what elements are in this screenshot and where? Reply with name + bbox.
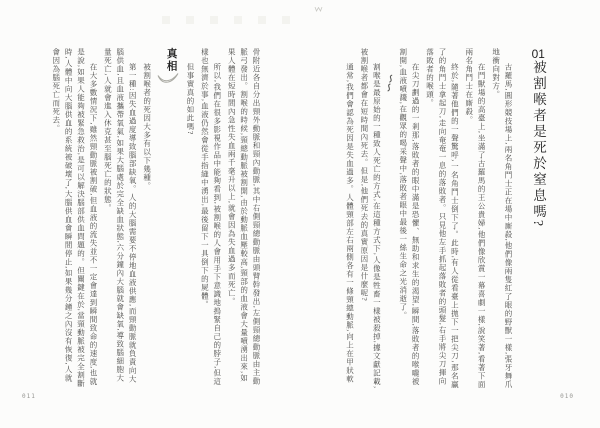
paragraph: 通常,我們會認為死因是失血過多。人體頸部左右兩側各有一條頸總動脈,向上在甲狀軟 <box>343 48 355 390</box>
page-number-right: 010 <box>560 393 574 400</box>
paragraph: 被割喉者的死因大多有以下幾種。 <box>140 48 152 390</box>
page-left-body: 骨附近各自分出頸外動脈和頸內動脈,其中右側頸總動脈由頭臂幹發出,左側頸總動脈由主… <box>26 48 262 390</box>
paragraph-continuation: 骨附近各自分出頸外動脈和頸內動脈,其中右側頸總動脈由頭臂幹發出,左側頸總動脈由主… <box>225 48 262 390</box>
faint-print-mark <box>234 16 242 24</box>
chapter-title: 01​被割喉者是死於窒息嗎? <box>527 48 549 390</box>
page-right-body: 01​被割喉者是死於窒息嗎? 古羅馬,圓形競技場上,兩名角鬥士正在場中廝殺,他們… <box>308 48 558 390</box>
chapter-title-text: 被割喉者是死於窒息嗎? <box>531 60 546 229</box>
heading-flourish-icon <box>157 72 179 85</box>
gutter-scuff-mark <box>314 0 323 18</box>
faint-print-mark <box>282 16 290 24</box>
paragraph: 所以,我們在很多影視作品中能夠看到,被割喉的人會用手下意識地摀緊自己的脖子,但這… <box>198 48 223 390</box>
truth-section-heading: 真相 <box>165 48 178 390</box>
section-divider-squiggle <box>385 48 394 390</box>
faint-print-mark <box>210 16 218 24</box>
paragraph: 在大多數情況下,雖然頸動脈被割破,但血液的流失並不一定會達到瞬間致命的速度,也就… <box>49 48 99 390</box>
paragraph: 第一種:因失血過度導致腦部缺氧。人的大腦需要不停地血液供應,而頸動脈就負責向大腦… <box>101 48 138 390</box>
paragraph: 古羅馬,圓形競技場上,兩名角鬥士正在場中廝殺,他們像兩隻紅了眼的野獸一樣,張牙舞… <box>489 48 514 390</box>
truth-section-heading-wrap: 真相 <box>165 48 178 390</box>
paragraph: 在鬥獸場的高臺上,坐滿了古羅馬的王公貴婦,他們像欣賞一幕喜劇一樣,說笑著,看著下… <box>462 48 487 390</box>
paragraph: 割喉是最原始的一種致人死亡的方式,在這種方式下,人像是牲畜一樣被殺掉,據文獻記載… <box>358 48 383 390</box>
chapter-number: 01 <box>531 48 545 60</box>
page-number-left: 011 <box>22 393 36 400</box>
paragraph: 在尖刀劃過的一剎那,落敗者的眼中滿是恐懼、無助和求生的渴望,瞬間,落敗者的喉嚨被… <box>396 48 421 390</box>
faint-running-header <box>162 16 290 24</box>
paragraph: 但事實真的如此嗎? <box>184 48 196 390</box>
faint-print-mark <box>186 16 194 24</box>
faint-print-mark <box>258 16 266 24</box>
faint-print-mark <box>162 16 170 24</box>
paragraph: 終於,隨著他們的一聲驚呼,一名角鬥士倒下了。此時,有人從看臺上拋下一把尖刀,那名… <box>423 48 460 390</box>
